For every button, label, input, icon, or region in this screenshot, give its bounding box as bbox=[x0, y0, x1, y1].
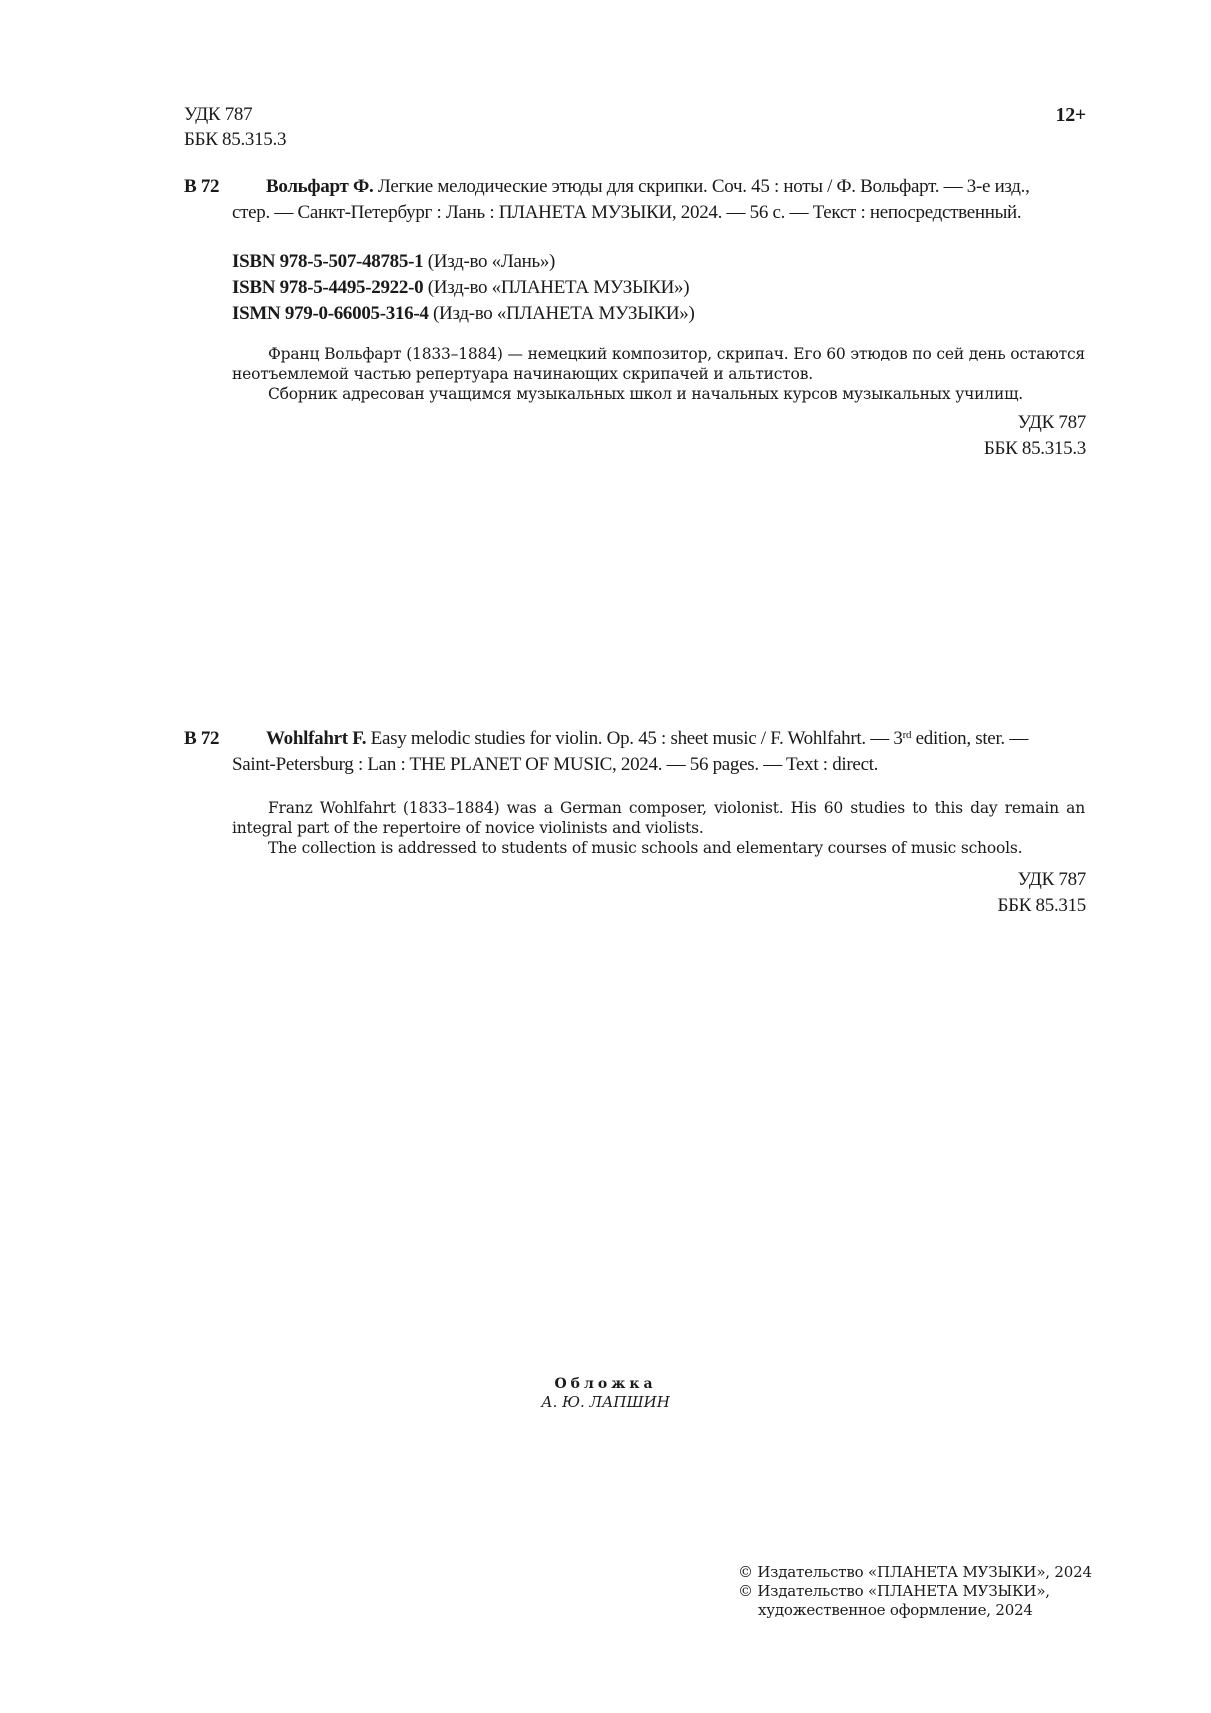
ru-annotation-p2: Сборник адресован учащимся музыкальных ш… bbox=[232, 384, 1085, 404]
en-author: Wohlfahrt F. bbox=[266, 728, 366, 749]
ismn-item: ISMN 979-0-66005-316-4 (Изд-во «ПЛАНЕТА … bbox=[232, 301, 695, 327]
ru-title-line1: Вольфарт Ф. Легкие мелодические этюды дл… bbox=[266, 174, 1086, 200]
header-bbk: ББК 85.315.3 bbox=[184, 127, 286, 153]
ru-classification: УДК 787 ББК 85.315.3 bbox=[984, 410, 1086, 462]
en-classification: УДК 787 ББК 85.315 bbox=[998, 867, 1087, 919]
cover-credit: Обложка А. Ю. ЛАПШИН bbox=[0, 1376, 1211, 1411]
ru-code: В 72 bbox=[184, 174, 219, 200]
copyright-block: © Издательство «ПЛАНЕТА МУЗЫКИ», 2024 © … bbox=[738, 1563, 1092, 1620]
copyright-line: художественное оформление, 2024 bbox=[738, 1601, 1092, 1620]
ru-isbn-list: ISBN 978-5-507-48785-1 (Изд-во «Лань») I… bbox=[232, 249, 695, 327]
en-annotation: Franz Wohlfahrt (1833–1884) was a German… bbox=[232, 798, 1085, 858]
copyright-line: © Издательство «ПЛАНЕТА МУЗЫКИ», bbox=[738, 1582, 1092, 1601]
age-rating: 12+ bbox=[1056, 102, 1087, 128]
ru-annotation: Франц Вольфарт (1833–1884) — немецкий ко… bbox=[232, 344, 1085, 404]
isbn-item: ISBN 978-5-507-48785-1 (Изд-во «Лань») bbox=[232, 249, 695, 275]
cover-label: Обложка bbox=[0, 1376, 1211, 1393]
en-code: B 72 bbox=[184, 726, 219, 752]
ru-title-line2: стер. — Санкт-Петербург : Лань : ПЛАНЕТА… bbox=[232, 200, 1021, 226]
en-title-line2: Saint-Petersburg : Lan : THE PLANET OF M… bbox=[232, 752, 878, 778]
ru-author: Вольфарт Ф. bbox=[266, 176, 373, 197]
en-annotation-p1: Franz Wohlfahrt (1833–1884) was a German… bbox=[232, 798, 1085, 838]
cover-artist: А. Ю. ЛАПШИН bbox=[0, 1393, 1211, 1411]
copyright-line: © Издательство «ПЛАНЕТА МУЗЫКИ», 2024 bbox=[738, 1563, 1092, 1582]
header-udk: УДК 787 bbox=[184, 102, 252, 128]
en-annotation-p2: The collection is addressed to students … bbox=[232, 838, 1085, 858]
isbn-item: ISBN 978-5-4495-2922-0 (Изд-во «ПЛАНЕТА … bbox=[232, 275, 695, 301]
ru-annotation-p1: Франц Вольфарт (1833–1884) — немецкий ко… bbox=[232, 344, 1085, 384]
en-title-line1: Wohlfahrt F. Easy melodic studies for vi… bbox=[266, 726, 1086, 752]
